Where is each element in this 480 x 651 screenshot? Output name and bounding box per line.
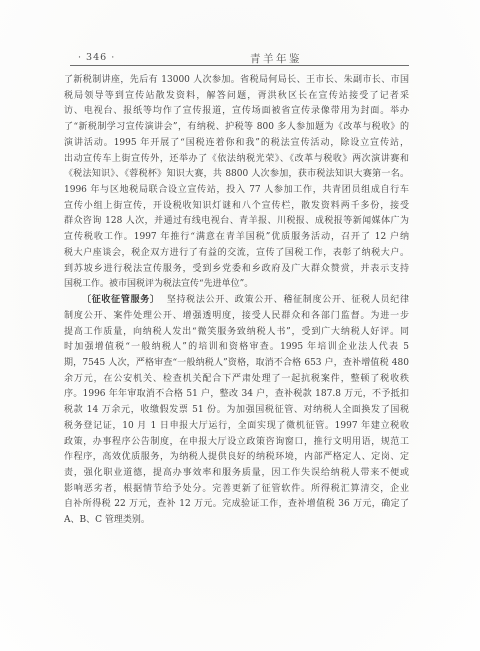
text-line: 责，强化职业道德，提高办事效率和服务质量，因工作失误给纳税人带来不便或 xyxy=(64,466,409,482)
text-line: 了新税制讲座，先后有 13000 人次参加。省税局何局长、王市长、朱副市长、市国 xyxy=(64,73,409,89)
text-line: 余万元，在公安机关、检查机关配合下严肃处理了一起抗税案件，整顿了税收秩 xyxy=(64,372,409,388)
text-line: 税务登记证，10 月 1 日申报大厅运行，全面实现了微机征管。1997 年建立税… xyxy=(64,419,409,435)
text-line: 政策，办事程序公告制度，在申报大厅设立政策咨询窗口，推行文明用语，规范工 xyxy=(64,435,409,451)
text-line: A、B、C 管理类别。 xyxy=(64,513,409,529)
text-line: 影响恶劣者，根据情节给予处分。完善更新了征管软件。所得税汇算清交，企业 xyxy=(64,482,409,498)
scanned-book-page: · 346 · 青羊年鉴 了新税制讲座，先后有 13000 人次参加。省税局何局… xyxy=(0,0,480,651)
body-text: 了新税制讲座，先后有 13000 人次参加。省税局何局长、王市长、朱副市长、市国… xyxy=(64,73,409,529)
text-line: 了“新税制学习宣传演讲会”，有纳税、护税等 800 多人参加题为《改革与税收》的 xyxy=(64,120,409,136)
text-line: 提高工作质量，向纳税人发出“微笑服务致纳税人书”，受到广大纳税人好评。同 xyxy=(64,325,409,341)
text-line: 序。1996 年年审取消不合格 51 户，整改 34 户，查补税款 187.8 … xyxy=(64,387,409,403)
text-line: 国税工作。被市国税评为税法宣传“先进单位”。 xyxy=(64,277,409,293)
text-line: 到苏坡乡进行税法宣传服务，受到乡党委和乡政府及广大群众赞赏，并表示支持 xyxy=(64,262,409,278)
text-line: 出动宣传车上街宣传外，还举办了《依法纳税光荣》、《改革与税收》两次演讲赛和 xyxy=(64,152,409,168)
text-line: 期，7545 人次，严格审查“一般纳税人”资格，取消不合格 653 户，查补增值… xyxy=(64,356,409,372)
text-line: 制度公开、案件处理公开、增强透明度，接受人民群众和各部门监督。为进一步 xyxy=(64,309,409,325)
text-line: 1996 年与区地税局联合设立宣传站，投入 77 人参加工作，共青团员组成自行车 xyxy=(64,183,409,199)
book-title: 青羊年鉴 xyxy=(250,51,302,66)
text-line: 宣传税收工作。1997 年推行“满意在青羊国税”优质服务活动，召开了 12 户纳 xyxy=(64,230,409,246)
header-divider xyxy=(70,65,409,66)
text-line: 税局领导等到宣传站散发资料，解答问题，胥洪秋区长在宣传站接受了记者采 xyxy=(64,89,409,105)
text-line: 《税法知识》、《蓉税杯》知识大赛，共 8800 人次参加，获市税法知识大赛第一名… xyxy=(64,167,409,183)
text-line: 宣传小组上街宣传，开设税收知识灯谜和八个宣传栏，散发资料两千多份，接受 xyxy=(64,199,409,215)
section-heading-line: 〔征收征管服务〕坚持税法公开、政策公开、稽征制度公开、征税人员纪律 xyxy=(64,293,409,309)
text-line: 群众咨询 128 人次，并通过有线电视台、青羊报、川税报、成税报等新闻媒体广为 xyxy=(64,214,409,230)
text-line: 作程序，高效优质服务，为纳税人提供良好的纳税环境，内部严格定人、定岗、定 xyxy=(64,450,409,466)
section-heading: 〔征收征管服务〕 xyxy=(82,295,160,305)
text-line: 演讲活动。1995 年开展了“国税连着你和我”的税法宣传活动，除设立宣传站， xyxy=(64,136,409,152)
text-line: 时加强增值税“一般纳税人”的培训和资格审查。1995 年培训企业法人代表 5 xyxy=(64,340,409,356)
page-number: · 346 · xyxy=(78,52,115,63)
text-line: 访、电视台、报纸等均作了宣传报道，宣传场面被省宣传录像带用为封面。举办 xyxy=(64,104,409,120)
text-line: 税大户座谈会，税企双方进行了有益的交流，宣传了国税工作，表彰了纳税大户。 xyxy=(64,246,409,262)
text-line: 自补所得税 22 万元，查补 12 万元。完成验证工作，查补增值税 36 万元，… xyxy=(64,497,409,513)
text-line: 税款 14 万余元，收缴假发票 51 份。为加强国税征管、对纳税人全面换发了国税 xyxy=(64,403,409,419)
text-line: 坚持税法公开、政策公开、稽征制度公开、征税人员纪律 xyxy=(167,295,409,305)
